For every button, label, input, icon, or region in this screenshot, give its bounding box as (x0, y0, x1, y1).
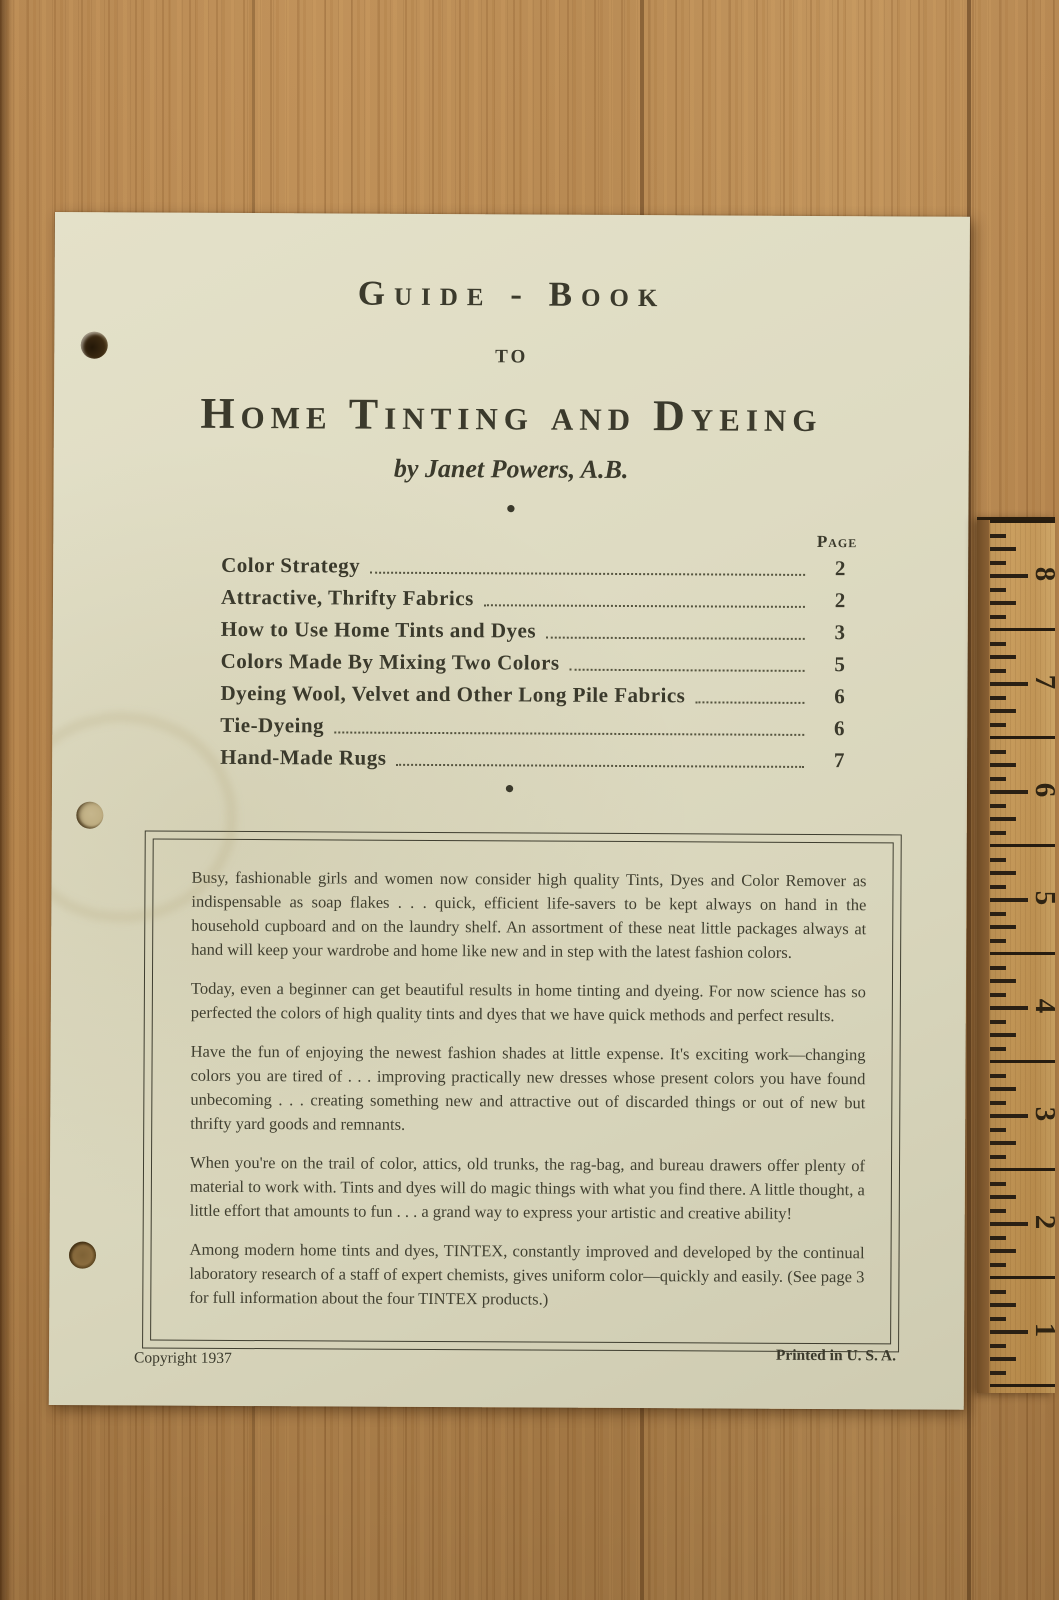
ruler-tick (990, 1357, 1016, 1361)
toc-dot-leader (396, 764, 804, 768)
ruler-tick (990, 1263, 1006, 1267)
toc-entry-page-number: 3 (811, 620, 869, 645)
ruler-tick (990, 1128, 1006, 1132)
ruler-inch-segment: 5 (990, 844, 1055, 952)
ruler-inch-line (990, 736, 1055, 739)
ruler-tick (990, 912, 1006, 916)
ruler-tick (990, 1290, 1006, 1294)
ruler-inch-number: 2 (1027, 1215, 1059, 1230)
ruler-inch-number: 1 (1027, 1323, 1059, 1338)
ruler-tick (990, 1074, 1006, 1078)
ruler-tick (990, 547, 1016, 551)
ruler-tick (990, 885, 1006, 889)
photo-scene: Guide - Book to Home Tinting and Dyeing … (0, 0, 1059, 1600)
ruler-inch-line (990, 1276, 1055, 1279)
toc-rows: Color Strategy2Attractive, Thrifty Fabri… (220, 549, 869, 776)
ruler-tick (990, 669, 1006, 673)
toc-entry-label: How to Use Home Tints and Dyes (221, 617, 536, 644)
ruler-tick (990, 534, 1006, 538)
toc-row: How to Use Home Tints and Dyes3 (221, 613, 869, 648)
ruler-inch-line (990, 952, 1055, 955)
ruler-inch-segment: 4 (990, 952, 1055, 1060)
toc-entry-label: Attractive, Thrifty Fabrics (221, 585, 474, 611)
ruler-tick (990, 642, 1006, 646)
ruler-inch-line (990, 628, 1055, 631)
ruler-tick (990, 1182, 1006, 1186)
ruler-tick (990, 966, 1006, 970)
toc-entry-page-number: 6 (810, 684, 868, 709)
body-paragraph: When you're on the trail of color, attic… (190, 1151, 865, 1227)
punch-hole-top (81, 332, 108, 359)
ruler-tick (990, 750, 1006, 754)
toc-dot-leader (334, 731, 804, 735)
toc-entry-label: Colors Made By Mixing Two Colors (221, 649, 560, 676)
ruler-tick (990, 601, 1016, 605)
ruler-tick (990, 993, 1006, 997)
wood-plank-seam (0, 0, 12, 1600)
ruler-tick (990, 871, 1016, 875)
toc-entry-page-number: 5 (811, 652, 869, 677)
ruler-tick (990, 1344, 1006, 1348)
ruler-inch-segment: 6 (990, 736, 1055, 844)
ruler-tick (990, 574, 1028, 578)
body-paragraph: Have the fun of enjoying the newest fash… (190, 1040, 865, 1140)
document-byline: by Janet Powers, A.B. (54, 452, 969, 487)
toc-entry-page-number: 7 (810, 748, 868, 773)
ruler-tick (990, 777, 1006, 781)
toc-entry-label: Color Strategy (221, 553, 360, 579)
ruler-tick (990, 925, 1016, 929)
ruler-tick (990, 1155, 1006, 1159)
ruler-tick (990, 1006, 1028, 1010)
toc-entry-page-number: 2 (811, 556, 869, 581)
body-paragraph: Busy, fashionable girls and women now co… (191, 866, 866, 966)
ruler-inch-line (990, 844, 1055, 847)
punch-hole-bottom (69, 1242, 96, 1269)
ruler-tick (990, 939, 1006, 943)
ruler-inch-segment: 7 (990, 628, 1055, 736)
wooden-ruler: 87654321 (977, 517, 1055, 1393)
ruler-tick (990, 682, 1028, 686)
ruler-tick (990, 898, 1028, 902)
toc-entry-page-number: 6 (810, 716, 868, 741)
ruler-tick (990, 1330, 1028, 1334)
ruler-inch-segment: 2 (990, 1168, 1055, 1276)
ruler-tick (990, 804, 1006, 808)
intro-text-box: Busy, fashionable girls and women now co… (150, 839, 894, 1345)
ruler-tick (990, 763, 1016, 767)
toc-row: Color Strategy2 (221, 549, 869, 584)
ruler-tick (990, 696, 1006, 700)
ruler-inch-segment: 3 (990, 1060, 1055, 1168)
ruler-tick (990, 858, 1006, 862)
ruler-inch-number: 6 (1027, 783, 1059, 798)
ruler-inch-line (990, 1060, 1055, 1063)
toc-entry-label: Dyeing Wool, Velvet and Other Long Pile … (220, 681, 685, 708)
ruler-tick (990, 1195, 1016, 1199)
toc-dot-leader (570, 669, 805, 672)
ruler-tick (990, 1047, 1006, 1051)
ruler-tick (990, 1141, 1016, 1145)
ruler-tick (990, 1236, 1006, 1240)
ruler-tick (990, 709, 1016, 713)
ruler-tick (990, 1249, 1016, 1253)
toc-row: Hand-Made Rugs7 (220, 741, 868, 776)
document-title-line3: Home Tinting and Dyeing (54, 387, 969, 443)
toc-dot-leader (546, 637, 805, 640)
ruler-tick (990, 561, 1006, 565)
ruler-inch-segment: 8 (990, 520, 1055, 628)
ruler-inch-number: 8 (1027, 567, 1059, 582)
toc-entry-page-number: 2 (811, 588, 869, 613)
toc-row: Tie-Dyeing6 (220, 709, 868, 744)
ruler-inch-number: 3 (1027, 1107, 1059, 1122)
printed-in-notice: Printed in U. S. A. (776, 1347, 896, 1366)
ruler-tick (990, 1087, 1016, 1091)
body-paragraph: Today, even a beginner can get beautiful… (191, 977, 866, 1029)
ruler-inch-number: 7 (1027, 675, 1059, 690)
toc-dot-leader (484, 604, 805, 608)
ruler-tick (990, 790, 1028, 794)
ruler-tick (990, 615, 1006, 619)
document-title-line2: to (54, 336, 969, 372)
ruler-tick (990, 723, 1006, 727)
ruler-tick (990, 1033, 1016, 1037)
toc-entry-label: Hand-Made Rugs (220, 745, 386, 771)
separator-dot: ● (53, 496, 968, 521)
ruler-tick (990, 1371, 1006, 1375)
ruler-tick (990, 1101, 1006, 1105)
intro-text-box-outer-border: Busy, fashionable girls and women now co… (142, 830, 902, 1352)
ruler-tick (990, 655, 1016, 659)
toc-row: Attractive, Thrifty Fabrics2 (221, 581, 869, 616)
ruler-tick (990, 817, 1016, 821)
ruler-tick (990, 979, 1016, 983)
toc-dot-leader (695, 701, 804, 704)
ruler-inch-number: 4 (1027, 999, 1059, 1014)
ruler-end-line (990, 1384, 1055, 1387)
ruler-tick (990, 1222, 1028, 1226)
table-of-contents: Page Color Strategy2Attractive, Thrifty … (220, 529, 869, 776)
toc-row: Colors Made By Mixing Two Colors5 (221, 645, 869, 680)
ruler-inch-line (990, 1168, 1055, 1171)
ruler-tick (990, 831, 1006, 835)
ruler-inch-segment: 1 (990, 1276, 1055, 1384)
ruler-inch-line (990, 520, 1055, 523)
document-title-line1: Guide - Book (54, 272, 969, 317)
punch-hole-middle (76, 802, 103, 829)
ruler-tick (990, 1209, 1006, 1213)
copyright-notice: Copyright 1937 (134, 1349, 232, 1368)
ruler-face: 87654321 (990, 520, 1055, 1393)
ruler-tick (990, 588, 1006, 592)
toc-row: Dyeing Wool, Velvet and Other Long Pile … (220, 677, 868, 712)
document-page: Guide - Book to Home Tinting and Dyeing … (49, 212, 970, 1410)
ruler-inch-number: 5 (1027, 891, 1059, 906)
ruler-tick (990, 1303, 1016, 1307)
toc-dot-leader (370, 572, 805, 576)
ruler-tick (990, 1114, 1028, 1118)
ruler-tick (990, 1020, 1006, 1024)
toc-entry-label: Tie-Dyeing (220, 713, 324, 739)
ruler-tick (990, 1317, 1006, 1321)
body-paragraph: Among modern home tints and dyes, TINTEX… (189, 1238, 864, 1314)
